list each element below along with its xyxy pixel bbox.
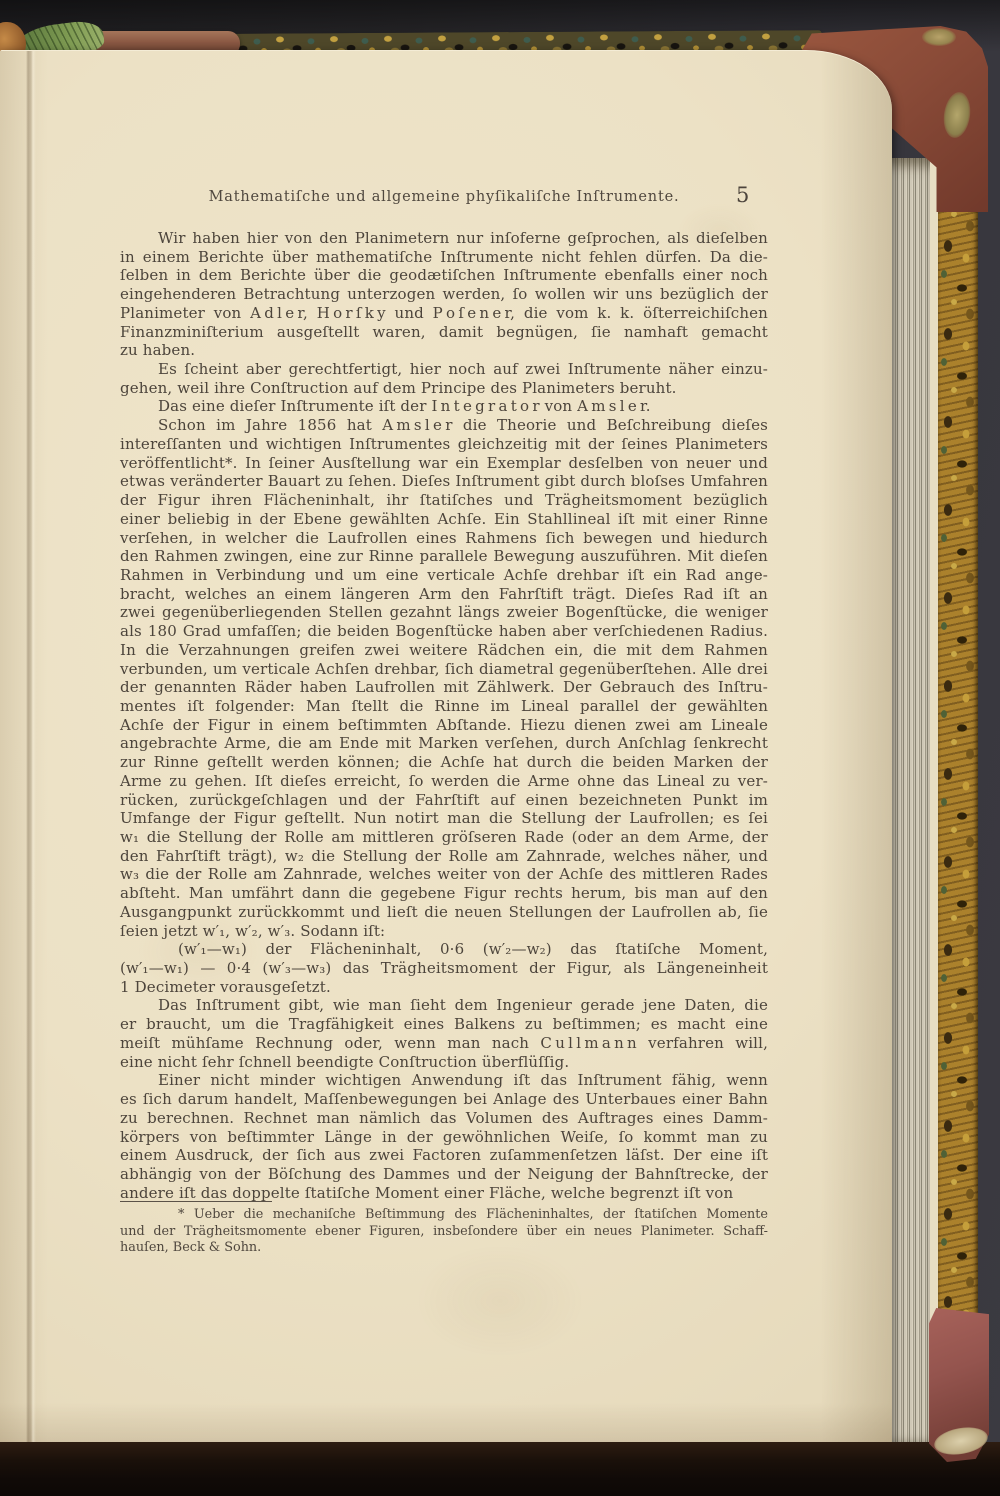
worn-patch-icon	[922, 28, 956, 46]
text-line: Umfange der Figur geſtellt. Nun notirt m…	[120, 809, 768, 828]
footnote: * Ueber die mechaniſche Beſtimmung des F…	[120, 1201, 768, 1257]
paragraph: Das Inſtrument gibt, wie man ſieht dem I…	[120, 996, 768, 1071]
text-line: andere iſt das doppelte ſtatiſche Moment…	[120, 1184, 768, 1203]
footnote-rule	[120, 1201, 272, 1202]
text-line: es ſich darum handelt, Maſſenbewegungen …	[120, 1090, 768, 1109]
text-line: einem Ausdruck, der ſich aus zwei Factor…	[120, 1146, 768, 1165]
text-line: Es ſcheint aber gerechtfertigt, hier noc…	[120, 360, 768, 379]
text-line: den Rahmen zwingen, eine zur Rinne paral…	[120, 547, 768, 566]
text-line: angebrachte Arme, die am Ende mit Marken…	[120, 734, 768, 753]
paragraph: Es ſcheint aber gerechtfertigt, hier noc…	[120, 360, 768, 397]
text-line: in einem Berichte über mathematiſche Inſ…	[120, 248, 768, 267]
text-line: abhängig von der Böſchung des Dammes und…	[120, 1165, 768, 1184]
text-line: mentes iſt folgender: Man ſtellt die Rin…	[120, 697, 768, 716]
text-line: eine nicht ſehr ſchnell beendigte Conſtr…	[120, 1053, 768, 1072]
text-line: zu haben.	[120, 341, 768, 360]
paragraph: Schon im Jahre 1856 hat A m s l e r die …	[120, 416, 768, 940]
text-line: und der Trägheitsmomente ebener Figuren,…	[120, 1224, 768, 1241]
footnote-text: * Ueber die mechaniſche Beſtimmung des F…	[120, 1207, 768, 1257]
text-line: meiſt mühſame Rechnung oder, wenn man na…	[120, 1034, 768, 1053]
text-line: gehen, weil ihre Conſtruction auf dem Pr…	[120, 379, 768, 398]
text-line: Das Inſtrument gibt, wie man ſieht dem I…	[120, 996, 768, 1015]
page-block-fore-edge	[888, 158, 938, 1448]
text-line: einer beliebig in der Ebene gewählten Ac…	[120, 510, 768, 529]
text-line: zwei gegenüberliegenden Stellen gezahnt …	[120, 603, 768, 622]
text-line: ſeien jetzt w′₁, w′₂, w′₃. Sodann iſt:	[120, 922, 768, 941]
text-line: er braucht, um die Tragfähigkeit eines B…	[120, 1015, 768, 1034]
book-bottom-shadow	[0, 1442, 1000, 1496]
text-line: den Fahrſtift trägt), w₂ die Stellung de…	[120, 847, 768, 866]
paragraph: (w′₁—w₁) der Flächeninhalt, 0·6 (w′₂—w₂)…	[120, 940, 768, 996]
book-cover-marbled-strip	[936, 148, 978, 1335]
text-line: zu berechnen. Rechnet man nämlich das Vo…	[120, 1109, 768, 1128]
paragraph: Einer nicht minder wichtigen Anwendung i…	[120, 1071, 768, 1202]
text-line: Ausgangpunkt zurückkommt und lieſt die n…	[120, 903, 768, 922]
text-line: w₃ die der Rolle am Zahnrade, welches we…	[120, 865, 768, 884]
text-line: verſehen, in welcher die Laufrollen eine…	[120, 529, 768, 548]
text-line: Wir haben hier von den Planimetern nur i…	[120, 229, 768, 248]
text-line: * Ueber die mechaniſche Beſtimmung des F…	[120, 1207, 768, 1224]
body-text: Wir haben hier von den Planimetern nur i…	[120, 229, 768, 1202]
paragraph: Das eine dieſer Inſtrumente iſt der I n …	[120, 397, 768, 416]
text-line: Planimeter von A d l e r, H o r ſ k y un…	[120, 304, 768, 323]
text-line: abſteht. Man umfährt dann die gegebene F…	[120, 884, 768, 903]
text-line: der genannten Räder haben Laufrollen mit…	[120, 678, 768, 697]
text-line: Einer nicht minder wichtigen Anwendung i…	[120, 1071, 768, 1090]
text-line: (w′₁—w₁) — 0·4 (w′₃—w₃) das Trägheitsmom…	[120, 959, 768, 978]
text-line: w₁ die Stellung der Rolle am mittleren g…	[120, 828, 768, 847]
text-line: veröffentlicht*. In ſeiner Ausſtellung w…	[120, 454, 768, 473]
text-line: bracht, welches an einem längeren Arm de…	[120, 585, 768, 604]
text-line: (w′₁—w₁) der Flächeninhalt, 0·6 (w′₂—w₂)…	[120, 940, 768, 959]
text-line: körpers von beſtimmter Länge in der gewö…	[120, 1128, 768, 1147]
text-line: etwas veränderter Bauart zu ſehen. Dieſe…	[120, 472, 768, 491]
text-line: 1 Decimeter vorausgeſetzt.	[120, 978, 768, 997]
text-line: Finanzminiſterium ausgeſtellt waren, dam…	[120, 323, 768, 342]
text-line: intereſſanten und wichtigen Inſtrumentes…	[120, 435, 768, 454]
book-scan-scene: Mathematiſche und allgemeine phyſikaliſc…	[0, 0, 1000, 1496]
running-header-title: Mathematiſche und allgemeine phyſikaliſc…	[120, 189, 768, 205]
page-gutter-shadow	[0, 51, 48, 1445]
text-line: Das eine dieſer Inſtrumente iſt der I n …	[120, 397, 768, 416]
text-line: Schon im Jahre 1856 hat A m s l e r die …	[120, 416, 768, 435]
text-line: verbunden, um verticale Achſen drehbar, …	[120, 660, 768, 679]
text-line: Rahmen in Verbindung und um eine vertica…	[120, 566, 768, 585]
page-number: 5	[736, 183, 749, 207]
page-header: Mathematiſche und allgemeine phyſikaliſc…	[120, 189, 768, 213]
text-line: Achſe der Figur in einem beſtimmten Abſt…	[120, 716, 768, 735]
paragraph: Wir haben hier von den Planimetern nur i…	[120, 229, 768, 360]
text-line: zur Rinne geſtellt werden können; die Ac…	[120, 753, 768, 772]
text-line: Arme zu gehen. Iſt dieſes erreicht, ſo w…	[120, 772, 768, 791]
text-line: als 180 Grad umfaſſen; die beiden Bogenſ…	[120, 622, 768, 641]
text-line: In die Verzahnungen greifen zwei weitere…	[120, 641, 768, 660]
text-line: rücken, zurückgeſchlagen und der Fahrſti…	[120, 791, 768, 810]
text-line: der Figur ihren Flächeninhalt, ihr ſtati…	[120, 491, 768, 510]
text-line: ſelben in dem Berichte über die geodætiſ…	[120, 266, 768, 285]
text-line: hauſen, Beck & Sohn.	[120, 1240, 768, 1257]
text-line: eingehenderen Betrachtung unterzogen wer…	[120, 285, 768, 304]
book-page: Mathematiſche und allgemeine phyſikaliſc…	[0, 50, 892, 1445]
